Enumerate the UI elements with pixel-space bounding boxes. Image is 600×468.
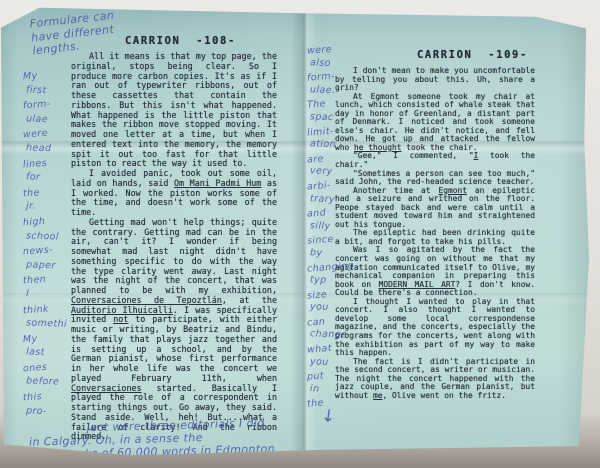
page-title-109: CARRION -109- <box>417 49 528 61</box>
typed-text: The epileptic had been drinking quite a … <box>335 228 535 246</box>
typed-text: Getting mad won't help things; quite the… <box>71 217 277 295</box>
handwritten-word: My <box>23 68 65 85</box>
typed-text-109: I don't mean to make you uncomfortable b… <box>335 67 535 400</box>
typed-text: I don't mean to make you uncomfortable b… <box>335 66 535 92</box>
handwritten-margin-left: Myfirstform-ulaewereheadlinesforthejr.hi… <box>23 69 64 419</box>
typed-text: , Olive went on the fritz. <box>383 391 507 400</box>
typed-paragraph: "Sometimes a person can see too much," s… <box>335 170 535 187</box>
underlined-text: not <box>113 314 128 324</box>
typed-paragraph: I avoided panic, took out some oil, laid… <box>71 169 277 218</box>
typed-paragraph: The fact is I didn't participate in the … <box>335 358 535 401</box>
handwritten-word: high <box>23 214 65 231</box>
typed-text: , at the <box>222 295 277 305</box>
typed-text: All it means is that my top page, the or… <box>71 51 277 168</box>
typed-paragraph: Another time at Egmont an epileptic had … <box>335 187 535 230</box>
underlined-text: Om Mani Padmi Hum <box>174 178 261 188</box>
down-arrow-icon: ↓ <box>320 407 369 431</box>
booklet-spread: Formulare canhave differentlengths. Myfi… <box>1 5 589 457</box>
typed-paragraph: "Gee," I commented, "I took the chair." <box>335 152 535 169</box>
handwritten-note-bottom-left: ject were three editorials I didin Calga… <box>29 415 310 462</box>
typed-text-108: All it means is that my top page, the or… <box>71 52 277 442</box>
typed-paragraph: I thought I wanted to play in that conce… <box>335 298 535 358</box>
photo-scene: Formulare canhave differentlengths. Myfi… <box>0 0 600 468</box>
handwritten-word: this <box>23 389 65 406</box>
underlined-text: Conversaciones <box>71 383 142 393</box>
page-title-108: CARRION -108- <box>125 35 236 47</box>
handwritten-word: pro- <box>26 404 68 420</box>
page-108: Formulare canhave differentlengths. Myfi… <box>1 5 301 457</box>
page-109: werealsoform-ulae.Thespaclimit-ationarev… <box>301 5 589 457</box>
typed-paragraph: At Egmont someone took my chair at lunch… <box>335 93 535 153</box>
typed-text: "Gee," I commented, " <box>353 151 474 160</box>
typed-text: "Sometimes a person can see too much," s… <box>335 169 535 187</box>
typed-paragraph: Getting mad won't help things; quite the… <box>71 218 277 442</box>
typed-text: I thought I wanted to play in that conce… <box>335 297 535 357</box>
typed-paragraph: Was I so agitated by the fact the concer… <box>335 246 535 297</box>
underlined-text: Auditorio Ilhuicalli <box>71 305 173 315</box>
typed-paragraph: All it means is that my top page, the or… <box>71 52 277 169</box>
typed-text: to participate, with either music or wri… <box>71 314 277 383</box>
underlined-text: Conversaciones de Tepoztlán <box>71 295 222 305</box>
typed-paragraph: The epileptic had been drinking quite a … <box>335 229 535 246</box>
typed-paragraph: I don't mean to make you uncomfortable b… <box>335 67 535 93</box>
underlined-text: me <box>373 391 383 400</box>
